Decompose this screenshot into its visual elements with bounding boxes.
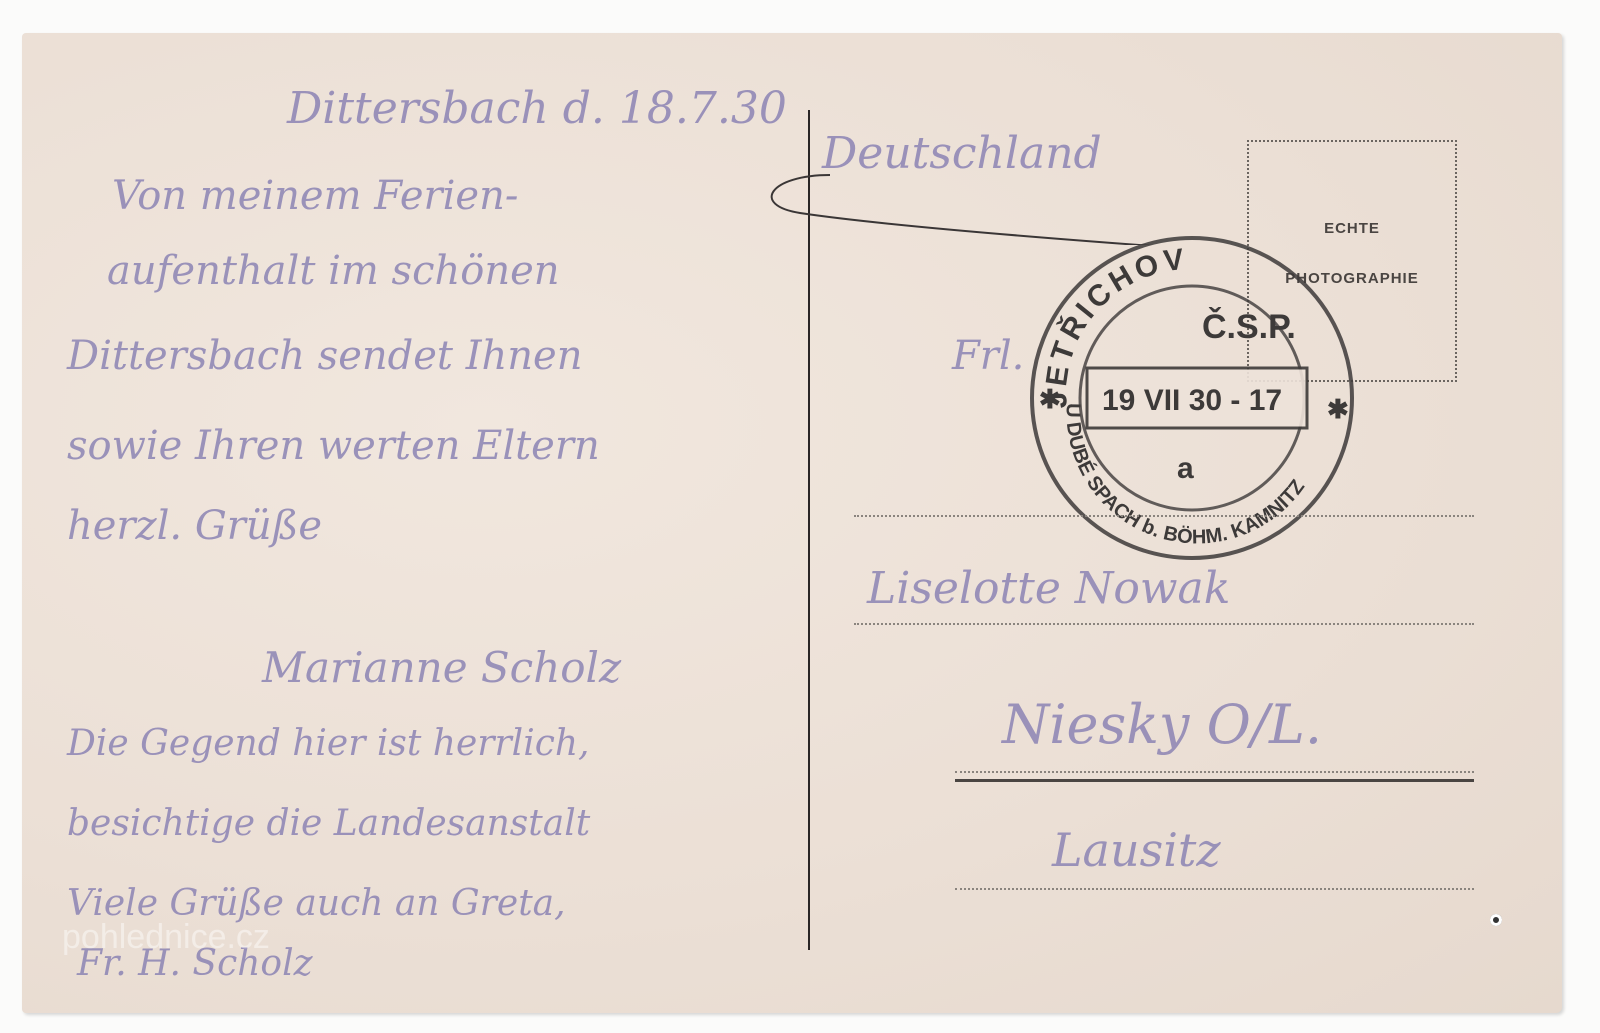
handwritten-message-line: sowie Ihren werten Eltern [67, 423, 600, 469]
handwritten-message-line: Dittersbach sendet Ihnen [67, 333, 582, 379]
address-line-2 [854, 623, 1474, 625]
address-line-4 [955, 888, 1474, 890]
handwritten-date-line: Dittersbach d. 18.7.30 [287, 83, 787, 134]
svg-text:✱: ✱ [1039, 384, 1061, 414]
handwritten-address-name: Liselotte Nowak [867, 563, 1230, 614]
svg-text:19 VII 30 - 17: 19 VII 30 - 17 [1102, 384, 1282, 417]
watermark: pohlednice.cz [62, 918, 270, 957]
address-line-1 [854, 515, 1474, 517]
address-line-3 [955, 771, 1474, 773]
svg-text:Č.S.P.: Č.S.P. [1202, 307, 1296, 346]
svg-text:✱: ✱ [1327, 394, 1349, 424]
handwritten-address-salutation: Frl. [952, 333, 1024, 379]
handwritten-address-region: Lausitz [1052, 823, 1221, 877]
address-underline [955, 779, 1474, 782]
handwritten-message-line: besichtige die Landesanstalt [67, 803, 590, 844]
postcard-back: Dittersbach d. 18.7.30 Von meinem Ferien… [22, 33, 1562, 1013]
handwritten-address-country: Deutschland [822, 128, 1102, 179]
handwritten-message-line: herzl. Grüße [67, 503, 322, 549]
handwritten-message-line: aufenthalt im schönen [107, 248, 560, 294]
handwritten-message-line: Die Gegend hier ist herrlich, [67, 723, 590, 764]
handwritten-signature: Marianne Scholz [262, 643, 621, 692]
postmark-cancel: JETŘICHOV Č.S.P. 19 VII 30 - 17 a U DUBÉ… [1027, 233, 1357, 563]
svg-text:a: a [1177, 452, 1194, 485]
handwritten-message-line: Von meinem Ferien- [112, 173, 518, 219]
handwritten-address-city: Niesky O/L. [1002, 693, 1322, 756]
pin-hole [1490, 914, 1502, 926]
